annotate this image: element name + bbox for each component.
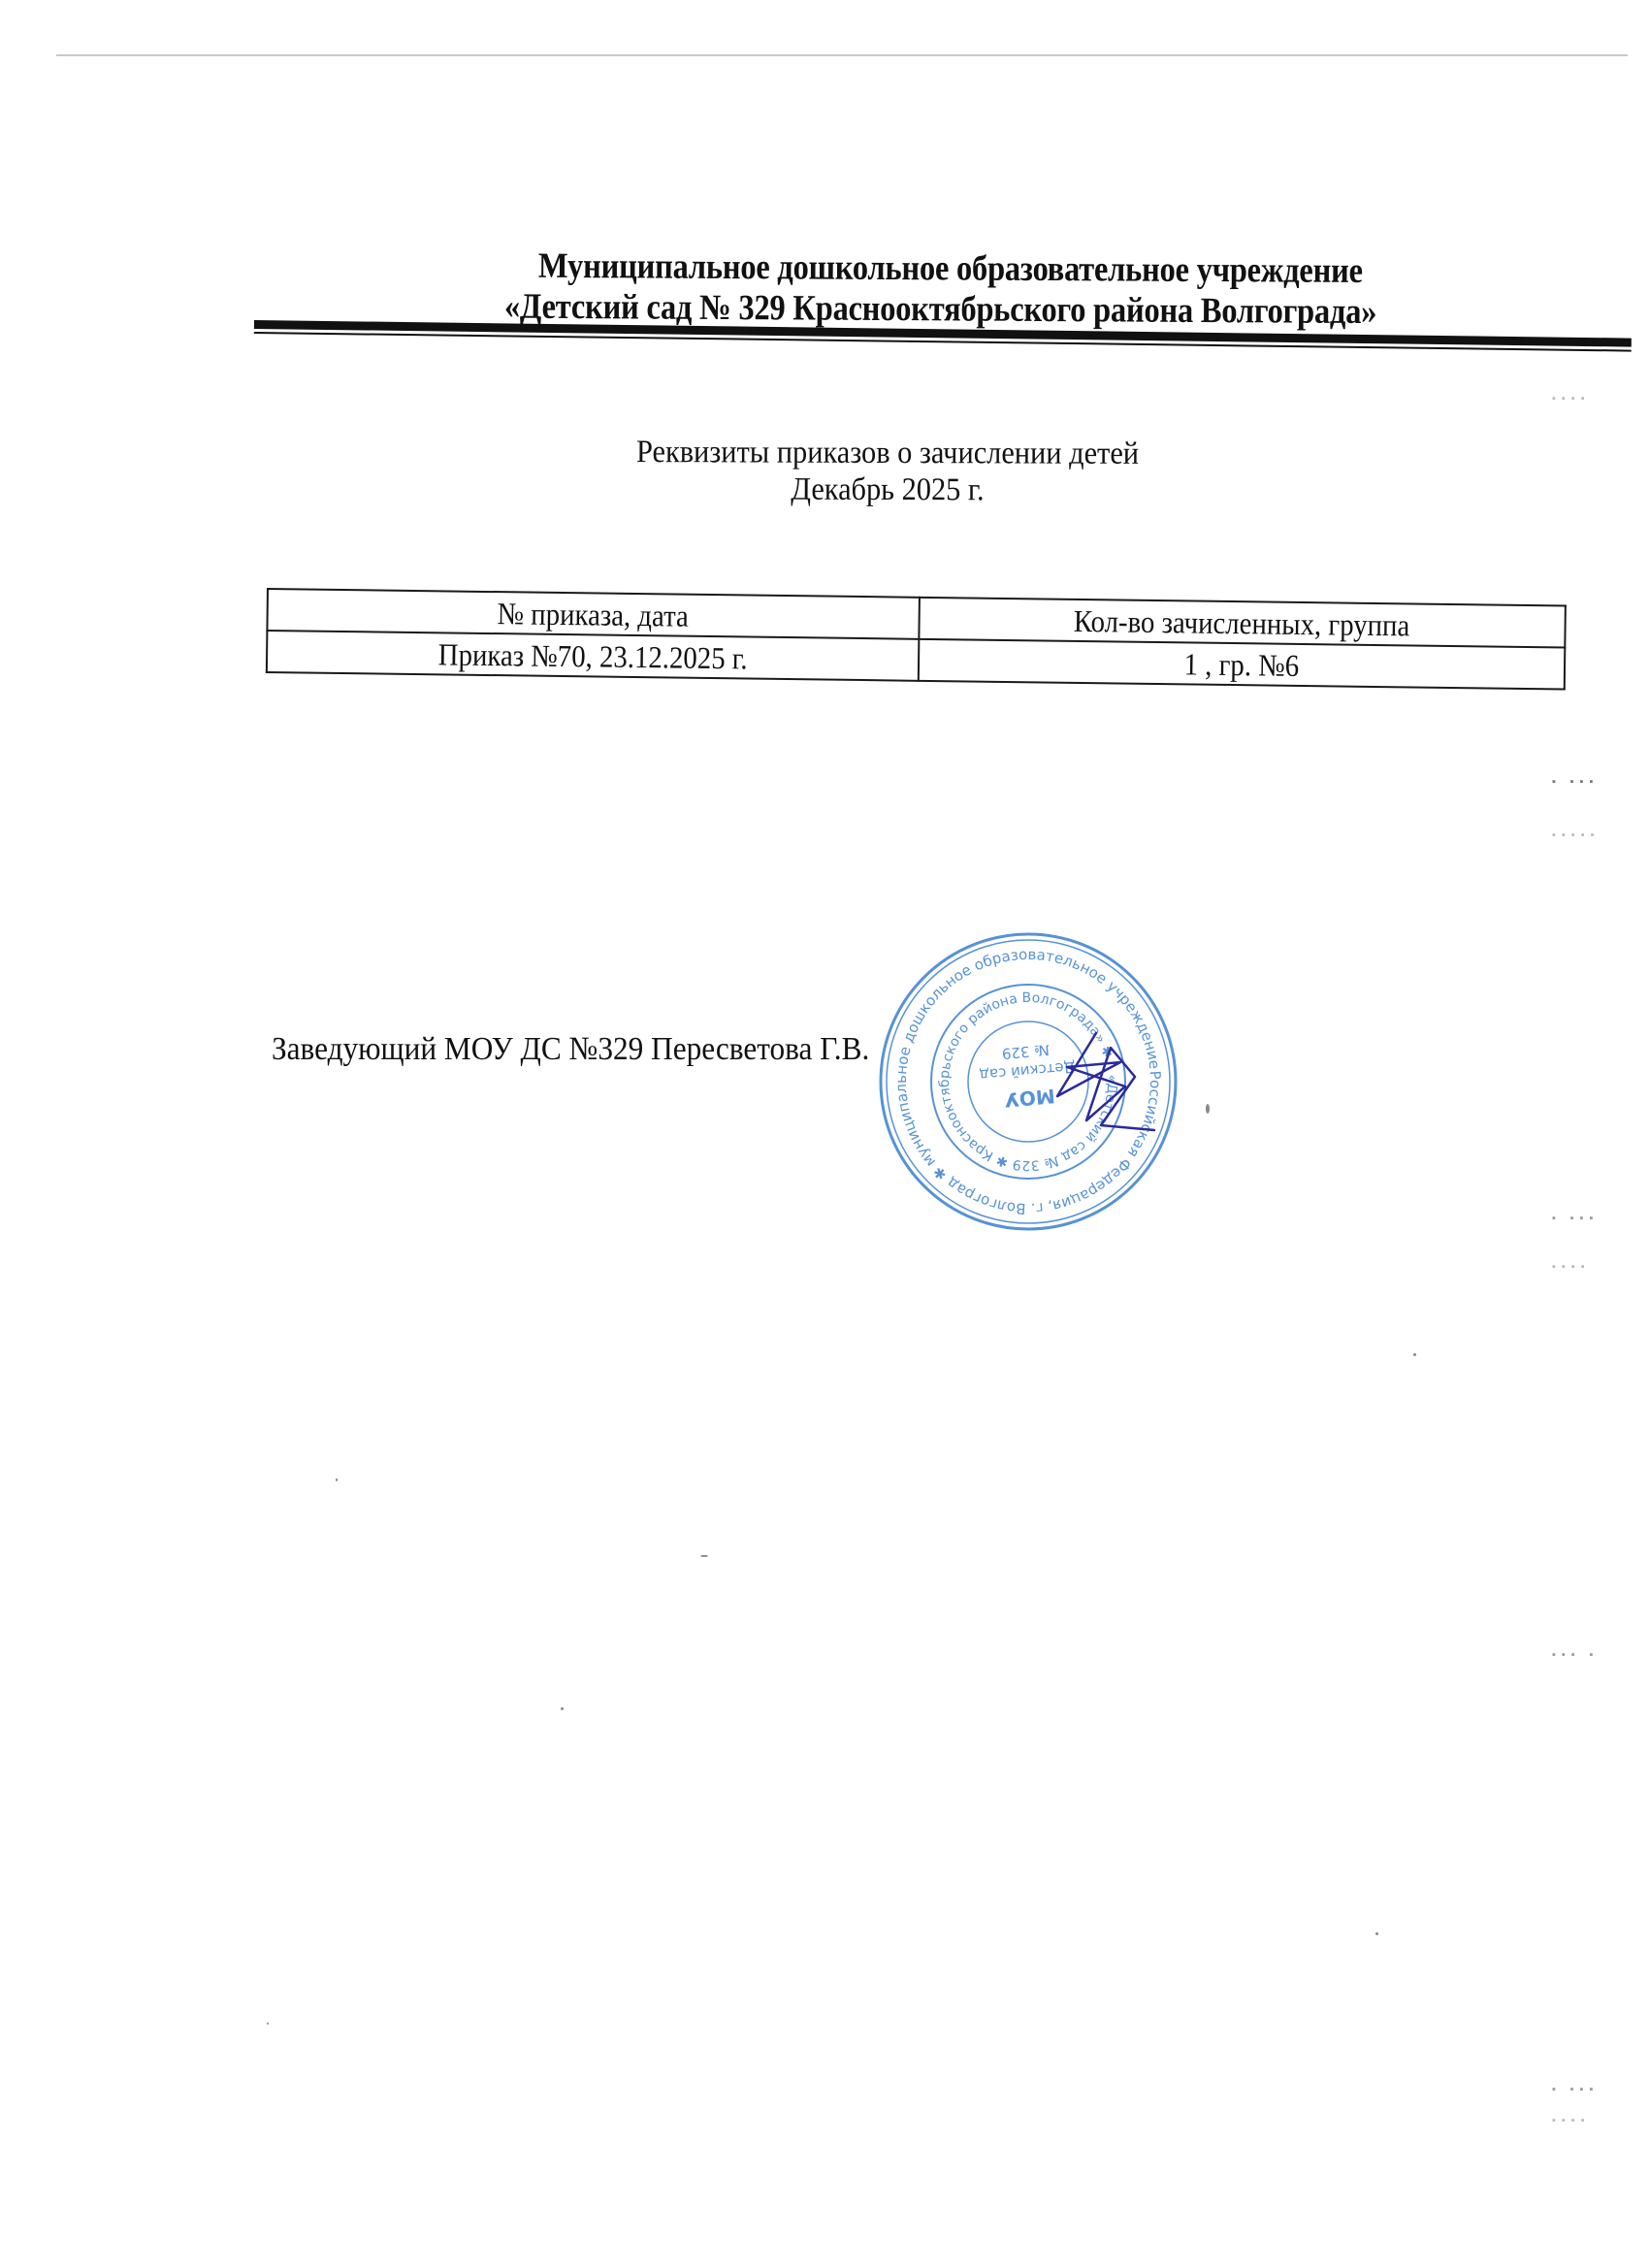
scan-edge-marks: ▪▪▪▪ (1552, 2115, 1630, 2128)
document-title: Реквизиты приказов о зачислении детей Де… (543, 434, 1232, 509)
title-period: Декабрь 2025 г. (570, 470, 1204, 509)
scan-edge-line (56, 54, 1628, 56)
scan-edge-marks: ▪▪▪ ▪ (1552, 1649, 1630, 1663)
scan-speck (1413, 1353, 1416, 1356)
enrollment-orders-table: № приказа, дата Кол-во зачисленных, груп… (266, 588, 1567, 691)
signatory-line: Заведующий МОУ ДС №329 Пересветова Г.В. (272, 1030, 869, 1069)
scan-speck (1375, 1932, 1378, 1935)
scan-speck (267, 2023, 269, 2025)
scan-edge-marks: ▪▪▪▪ (1552, 1261, 1630, 1275)
scan-edge-marks: ▪▪▪▪▪ (1552, 829, 1630, 843)
handwritten-signature-icon (1028, 1028, 1164, 1135)
scan-speck (561, 1707, 564, 1710)
scan-speck (700, 1555, 708, 1557)
scan-edge-marks: ▪ ▪▪▪ (1552, 1213, 1630, 1226)
scan-edge-marks: ▪▪▪▪ (1552, 393, 1630, 406)
scan-speck (1206, 1104, 1210, 1114)
cell-order: Приказ №70, 23.12.2025 г. (267, 631, 919, 681)
scan-edge-marks: ▪ ▪▪▪ (1552, 776, 1630, 790)
scan-edge-marks: ▪ ▪▪▪ (1552, 2084, 1630, 2097)
organization-header: Муниципальное дошкольное образовательное… (251, 244, 1629, 335)
title-line: Реквизиты приказов о зачислении детей (570, 434, 1204, 472)
cell-enrolled: 1 , гр. №6 (918, 639, 1565, 690)
scan-speck (336, 1478, 338, 1481)
header-org-type: Муниципальное дошкольное образовательное… (353, 245, 1548, 294)
